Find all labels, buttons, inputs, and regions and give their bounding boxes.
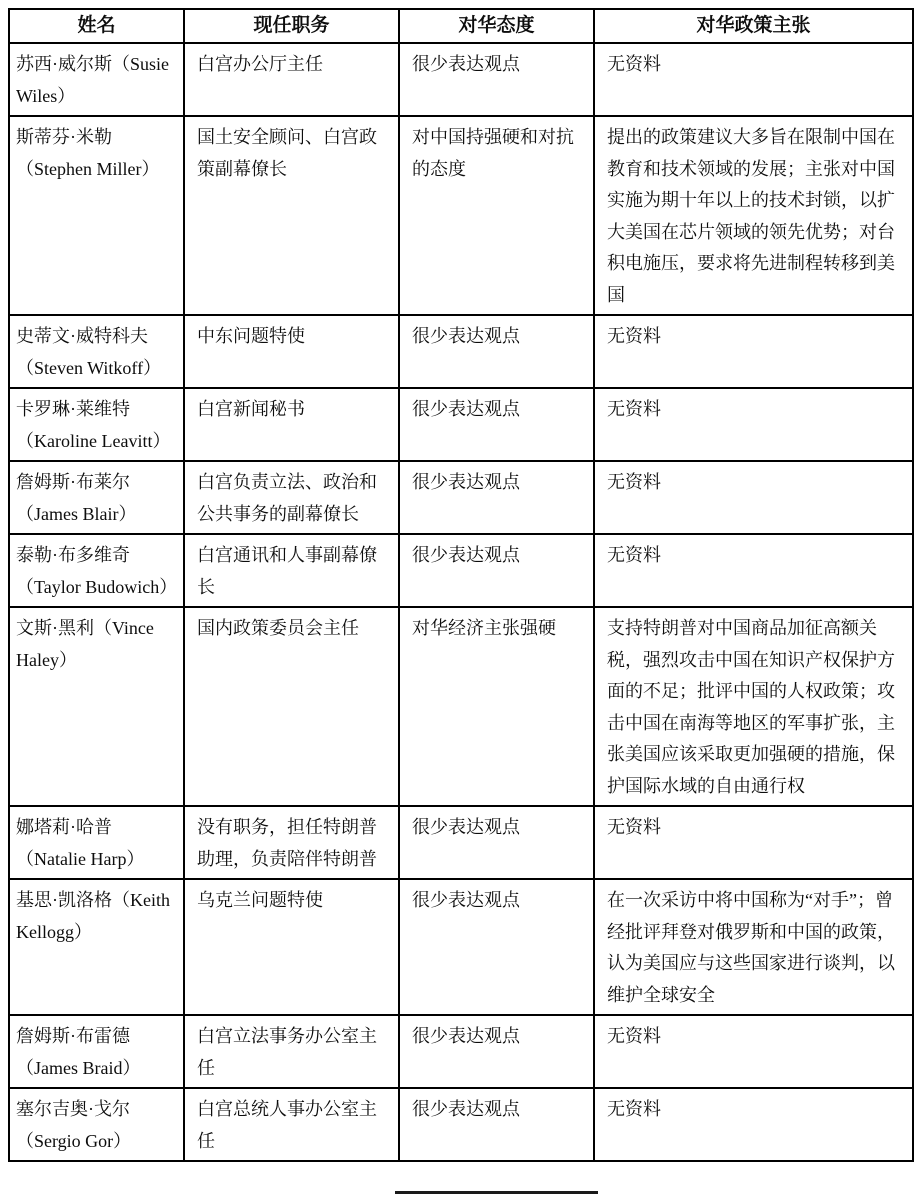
table-row: 苏西·威尔斯（Susie Wiles） 白宫办公厅主任 很少表达观点 无资料	[9, 43, 913, 116]
cell-attitude: 对中国持强硬和对抗的态度	[399, 116, 594, 315]
table-row: 詹姆斯·布莱尔（James Blair） 白宫负责立法、政治和公共事务的副幕僚长…	[9, 461, 913, 534]
cell-position: 白宫立法事务办公室主任	[184, 1015, 399, 1088]
cell-position: 没有职务，担任特朗普助理，负责陪伴特朗普	[184, 806, 399, 879]
column-header-attitude: 对华态度	[399, 9, 594, 43]
cell-policy: 无资料	[594, 534, 913, 607]
cell-policy: 提出的政策建议大多旨在限制中国在教育和技术领域的发展；主张对中国实施为期十年以上…	[594, 116, 913, 315]
table-row: 卡罗琳·莱维特（Karoline Leavitt） 白宫新闻秘书 很少表达观点 …	[9, 388, 913, 461]
cell-name: 詹姆斯·布莱尔（James Blair）	[9, 461, 184, 534]
cell-attitude: 很少表达观点	[399, 879, 594, 1015]
cell-policy: 无资料	[594, 315, 913, 388]
cell-name: 卡罗琳·莱维特（Karoline Leavitt）	[9, 388, 184, 461]
cell-attitude: 对华经济主张强硬	[399, 607, 594, 806]
document-page: 姓名 现任职务 对华态度 对华政策主张 苏西·威尔斯（Susie Wiles） …	[0, 0, 920, 1162]
table-row: 史蒂文·威特科夫（Steven Witkoff） 中东问题特使 很少表达观点 无…	[9, 315, 913, 388]
officials-table: 姓名 现任职务 对华态度 对华政策主张 苏西·威尔斯（Susie Wiles） …	[8, 8, 914, 1162]
table-header-row: 姓名 现任职务 对华态度 对华政策主张	[9, 9, 913, 43]
cell-policy: 无资料	[594, 388, 913, 461]
cell-position: 白宫办公厅主任	[184, 43, 399, 116]
cell-name: 娜塔莉·哈普（Natalie Harp）	[9, 806, 184, 879]
cell-name: 基思·凯洛格（Keith Kellogg）	[9, 879, 184, 1015]
table-row: 泰勒·布多维奇（Taylor Budowich） 白宫通讯和人事副幕僚长 很少表…	[9, 534, 913, 607]
cell-name: 文斯·黑利（Vince Haley）	[9, 607, 184, 806]
table-row: 基思·凯洛格（Keith Kellogg） 乌克兰问题特使 很少表达观点 在一次…	[9, 879, 913, 1015]
cell-policy: 无资料	[594, 806, 913, 879]
cell-position: 国土安全顾问、白宫政策副幕僚长	[184, 116, 399, 315]
cell-attitude: 很少表达观点	[399, 315, 594, 388]
cell-attitude: 很少表达观点	[399, 388, 594, 461]
column-header-policy: 对华政策主张	[594, 9, 913, 43]
column-header-position: 现任职务	[184, 9, 399, 43]
table-body: 苏西·威尔斯（Susie Wiles） 白宫办公厅主任 很少表达观点 无资料 斯…	[9, 43, 913, 1161]
cell-attitude: 很少表达观点	[399, 43, 594, 116]
cell-policy: 无资料	[594, 43, 913, 116]
cell-position: 白宫负责立法、政治和公共事务的副幕僚长	[184, 461, 399, 534]
cell-attitude: 很少表达观点	[399, 534, 594, 607]
cell-attitude: 很少表达观点	[399, 1015, 594, 1088]
cell-attitude: 很少表达观点	[399, 1088, 594, 1161]
cell-name: 泰勒·布多维奇（Taylor Budowich）	[9, 534, 184, 607]
cell-policy: 无资料	[594, 1088, 913, 1161]
cell-name: 斯蒂芬·米勒（Stephen Miller）	[9, 116, 184, 315]
table-row: 文斯·黑利（Vince Haley） 国内政策委员会主任 对华经济主张强硬 支持…	[9, 607, 913, 806]
cell-position: 白宫通讯和人事副幕僚长	[184, 534, 399, 607]
cell-name: 塞尔吉奥·戈尔（Sergio Gor）	[9, 1088, 184, 1161]
column-header-name: 姓名	[9, 9, 184, 43]
cell-name: 苏西·威尔斯（Susie Wiles）	[9, 43, 184, 116]
cell-position: 中东问题特使	[184, 315, 399, 388]
cell-attitude: 很少表达观点	[399, 461, 594, 534]
cell-policy: 无资料	[594, 461, 913, 534]
table-row: 娜塔莉·哈普（Natalie Harp） 没有职务，担任特朗普助理，负责陪伴特朗…	[9, 806, 913, 879]
cell-position: 白宫总统人事办公室主任	[184, 1088, 399, 1161]
table-row: 詹姆斯·布雷德（James Braid） 白宫立法事务办公室主任 很少表达观点 …	[9, 1015, 913, 1088]
cell-policy: 无资料	[594, 1015, 913, 1088]
cell-policy: 支持特朗普对中国商品加征高额关税，强烈攻击中国在知识产权保护方面的不足；批评中国…	[594, 607, 913, 806]
cell-name: 史蒂文·威特科夫（Steven Witkoff）	[9, 315, 184, 388]
cell-position: 国内政策委员会主任	[184, 607, 399, 806]
cell-attitude: 很少表达观点	[399, 806, 594, 879]
cell-name: 詹姆斯·布雷德（James Braid）	[9, 1015, 184, 1088]
table-row: 斯蒂芬·米勒（Stephen Miller） 国土安全顾问、白宫政策副幕僚长 对…	[9, 116, 913, 315]
cell-policy: 在一次采访中将中国称为“对手”；曾经批评拜登对俄罗斯和中国的政策，认为美国应与这…	[594, 879, 913, 1015]
table-row: 塞尔吉奥·戈尔（Sergio Gor） 白宫总统人事办公室主任 很少表达观点 无…	[9, 1088, 913, 1161]
cell-position: 乌克兰问题特使	[184, 879, 399, 1015]
cell-position: 白宫新闻秘书	[184, 388, 399, 461]
